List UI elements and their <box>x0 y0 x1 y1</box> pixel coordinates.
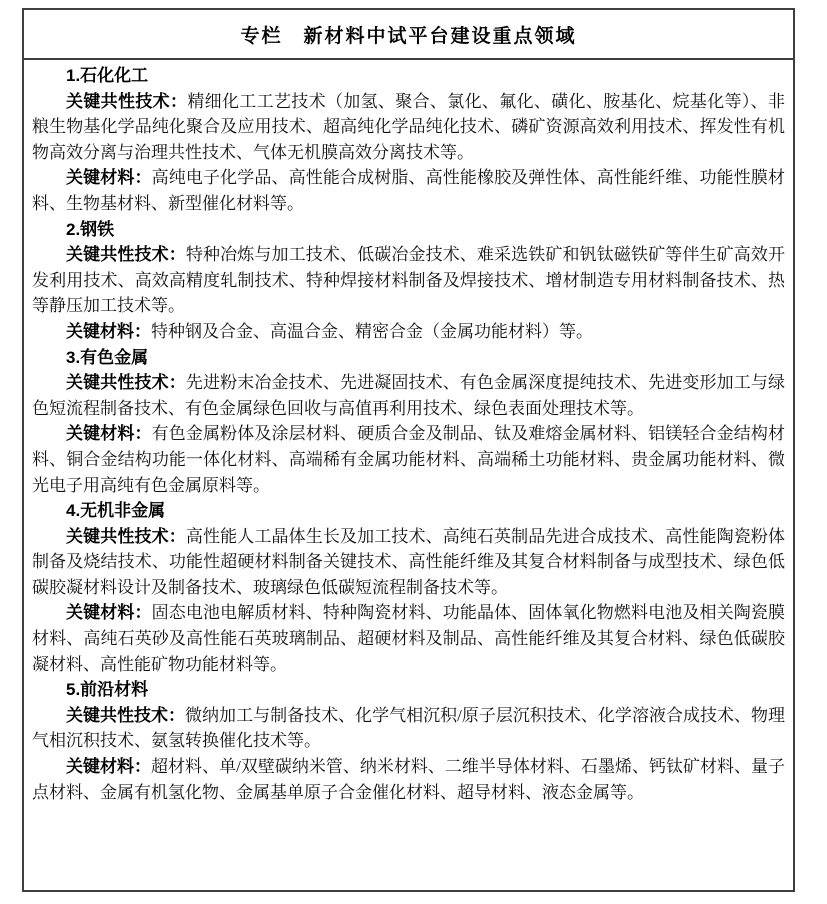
tech-paragraph: 关键共性技术：精细化工工艺技术（加氢、聚合、氯化、氟化、磺化、胺基化、烷基化等）… <box>32 89 785 166</box>
section-heading: 1.石化化工 <box>32 63 785 89</box>
materials-paragraph: 关键材料：有色金属粉体及涂层材料、硬质合金及制品、钛及难熔金属材料、铝镁轻合金结… <box>32 421 785 498</box>
tech-paragraph: 关键共性技术：高性能人工晶体生长及加工技术、高纯石英制品先进合成技术、高性能陶瓷… <box>32 524 785 601</box>
materials-label: 关键材料： <box>66 424 152 443</box>
column-title-bar: 专栏 新材料中试平台建设重点领域 <box>24 10 793 60</box>
column-content: 1.石化化工 关键共性技术：精细化工工艺技术（加氢、聚合、氯化、氟化、磺化、胺基… <box>24 60 793 805</box>
section-inorganic-nonmetal: 4.无机非金属 关键共性技术：高性能人工晶体生长及加工技术、高纯石英制品先进合成… <box>32 498 785 677</box>
column-box: 专栏 新材料中试平台建设重点领域 1.石化化工 关键共性技术：精细化工工艺技术（… <box>22 8 795 892</box>
section-heading: 4.无机非金属 <box>32 498 785 524</box>
section-frontier-materials: 5.前沿材料 关键共性技术：微纳加工与制备技术、化学气相沉积/原子层沉积技术、化… <box>32 677 785 805</box>
materials-label: 关键材料： <box>66 603 152 622</box>
section-heading: 3.有色金属 <box>32 345 785 371</box>
section-heading: 2.钢铁 <box>32 217 785 243</box>
tech-label: 关键共性技术： <box>66 245 186 264</box>
tech-label: 关键共性技术： <box>66 92 187 111</box>
materials-paragraph: 关键材料：特种钢及合金、高温合金、精密合金（金属功能材料）等。 <box>32 319 785 345</box>
tech-paragraph: 关键共性技术：先进粉末冶金技术、先进凝固技术、有色金属深度提纯技术、先进变形加工… <box>32 370 785 421</box>
materials-label: 关键材料： <box>66 168 152 187</box>
tech-label: 关键共性技术： <box>66 373 186 392</box>
materials-label: 关键材料： <box>66 757 151 776</box>
materials-label: 关键材料： <box>66 322 151 341</box>
materials-paragraph: 关键材料：固态电池电解质材料、特种陶瓷材料、功能晶体、固体氧化物燃料电池及相关陶… <box>32 600 785 677</box>
materials-text: 特种钢及合金、高温合金、精密合金（金属功能材料）等。 <box>151 322 593 341</box>
tech-paragraph: 关键共性技术：微纳加工与制备技术、化学气相沉积/原子层沉积技术、化学溶液合成技术… <box>32 703 785 754</box>
section-heading: 5.前沿材料 <box>32 677 785 703</box>
section-steel: 2.钢铁 关键共性技术：特种冶炼与加工技术、低碳冶金技术、难采选铁矿和钒钛磁铁矿… <box>32 217 785 345</box>
column-title: 专栏 新材料中试平台建设重点领域 <box>240 21 576 48</box>
section-petrochemical: 1.石化化工 关键共性技术：精细化工工艺技术（加氢、聚合、氯化、氟化、磺化、胺基… <box>32 63 785 217</box>
tech-label: 关键共性技术： <box>66 706 185 725</box>
materials-paragraph: 关键材料：高纯电子化学品、高性能合成树脂、高性能橡胶及弹性体、高性能纤维、功能性… <box>32 165 785 216</box>
tech-paragraph: 关键共性技术：特种冶炼与加工技术、低碳冶金技术、难采选铁矿和钒钛磁铁矿等伴生矿高… <box>32 242 785 319</box>
tech-label: 关键共性技术： <box>66 527 186 546</box>
materials-paragraph: 关键材料：超材料、单/双壁碳纳米管、纳米材料、二维半导体材料、石墨烯、钙钛矿材料… <box>32 754 785 805</box>
section-nonferrous-metals: 3.有色金属 关键共性技术：先进粉末冶金技术、先进凝固技术、有色金属深度提纯技术… <box>32 345 785 499</box>
